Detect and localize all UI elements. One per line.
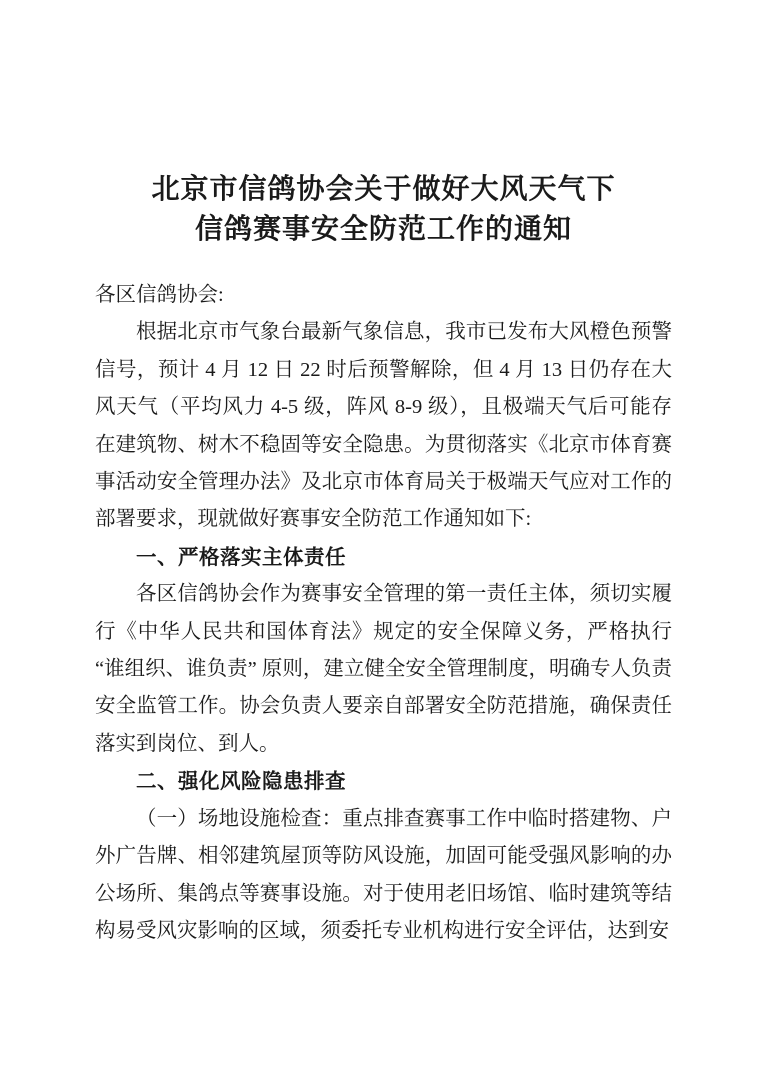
document-title-line-2: 信鸽赛事安全防范工作的通知 — [95, 210, 672, 250]
body-paragraph: （一）场地设施检查：重点排查赛事工作中临时搭建物、户外广告牌、相邻建筑屋顶等防风… — [95, 801, 672, 951]
document-page: 北京市信鸽协会关于做好大风天气下 信鸽赛事安全防范工作的通知 各区信鸽协会: 根… — [0, 0, 763, 1080]
document-title-line-1: 北京市信鸽协会关于做好大风天气下 — [95, 170, 672, 210]
section-heading: 一、严格落实主体责任 — [95, 539, 672, 576]
document-title: 北京市信鸽协会关于做好大风天气下 信鸽赛事安全防范工作的通知 — [95, 170, 672, 250]
salutation: 各区信鸽协会: — [95, 277, 672, 314]
document-body: 各区信鸽协会: 根据北京市气象台最新气象信息，我市已发布大风橙色预警信号，预计 … — [95, 277, 672, 950]
body-paragraph: 根据北京市气象台最新气象信息，我市已发布大风橙色预警信号，预计 4 月 12 日… — [95, 314, 672, 538]
paragraphs-container: 根据北京市气象台最新气象信息，我市已发布大风橙色预警信号，预计 4 月 12 日… — [95, 314, 672, 950]
body-paragraph: 各区信鸽协会作为赛事安全管理的第一责任主体，须切实履行《中华人民共和国体育法》规… — [95, 576, 672, 763]
section-heading: 二、强化风险隐患排查 — [95, 763, 672, 800]
